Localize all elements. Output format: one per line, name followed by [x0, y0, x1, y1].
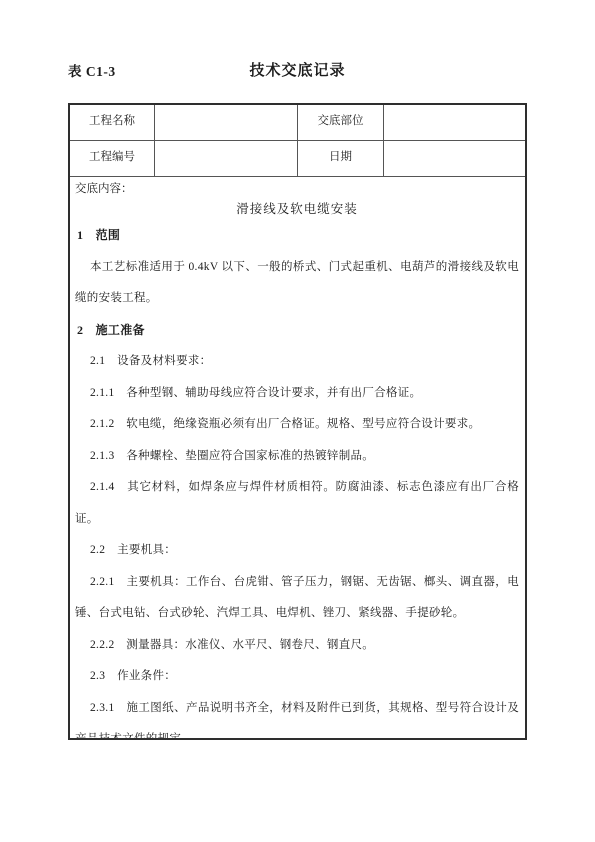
para-2-1-4: 2.1.4 其它材料，如焊条应与焊件材质相符。防腐油漆、标志色漆应有出厂合格证。 — [75, 472, 519, 535]
heading-2-preparation: 2 施工准备 — [75, 315, 519, 347]
label-project-name: 工程名称 — [70, 105, 155, 141]
document-page: 表 C1-3 技术交底记录 工程名称 交底部位 工程编号 日期 交底内容： 滑接… — [0, 0, 595, 842]
value-project-name — [155, 105, 298, 141]
content-subject-title: 滑接线及软电缆安装 — [75, 198, 519, 220]
doc-header: 表 C1-3 技术交底记录 — [0, 60, 595, 84]
para-2-1: 2.1 设备及材料要求： — [75, 346, 519, 378]
para-2-1-3: 2.1.3 各种螺栓、垫圈应符合国家标准的热镀锌制品。 — [75, 441, 519, 473]
value-disclosure-part — [384, 105, 525, 141]
label-disclosure-part: 交底部位 — [298, 105, 384, 141]
label-project-number: 工程编号 — [70, 141, 155, 177]
disclosure-content-cell: 交底内容： 滑接线及软电缆安装 1 范围 本工艺标准适用于 0.4kV 以下、一… — [70, 177, 525, 738]
para-scope-body: 本工艺标准适用于 0.4kV 以下、一般的桥式、门式起重机、电葫芦的滑接线及软电… — [75, 252, 519, 315]
para-2-2: 2.2 主要机具： — [75, 535, 519, 567]
value-date — [384, 141, 525, 177]
para-2-2-1: 2.2.1 主要机具：工作台、台虎钳、管子压力，钢锯、无齿锯、榔头、调直器，电锤… — [75, 567, 519, 630]
label-date: 日期 — [298, 141, 384, 177]
document-title: 技术交底记录 — [0, 59, 595, 80]
heading-1-scope: 1 范围 — [75, 220, 519, 252]
content-label: 交底内容： — [75, 181, 519, 198]
para-2-3: 2.3 作业条件： — [75, 661, 519, 693]
para-2-2-2: 2.2.2 测量器具：水准仪、水平尺、钢卷尺、钢直尺。 — [75, 630, 519, 662]
para-2-3-1: 2.3.1 施工图纸、产品说明书齐全，材料及附件已到货，其规格、型号符合设计及产… — [75, 693, 519, 739]
value-project-number — [155, 141, 298, 177]
disclosure-form-table: 工程名称 交底部位 工程编号 日期 交底内容： 滑接线及软电缆安装 1 范围 本… — [68, 103, 527, 740]
para-2-1-1: 2.1.1 各种型钢、辅助母线应符合设计要求，并有出厂合格证。 — [75, 378, 519, 410]
para-2-1-2: 2.1.2 软电缆，绝缘瓷瓶必须有出厂合格证。规格、型号应符合设计要求。 — [75, 409, 519, 441]
